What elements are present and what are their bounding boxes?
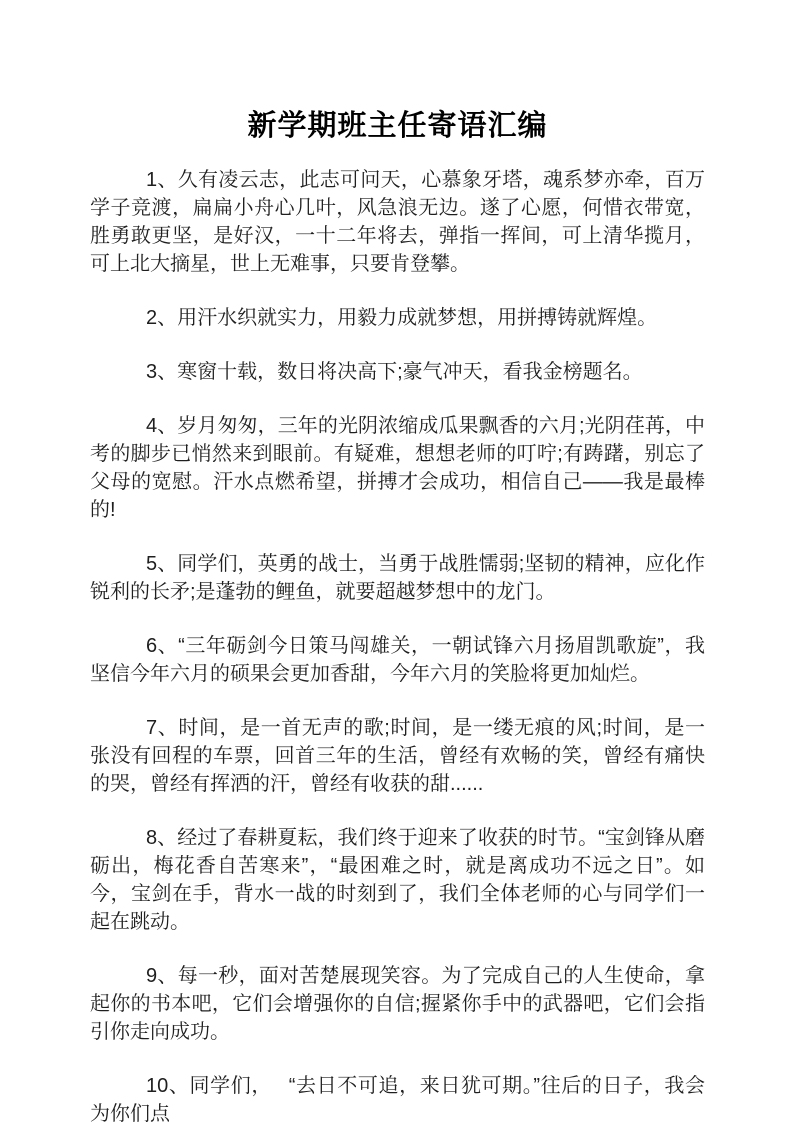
paragraph-1: 1、久有凌云志，此志可问天，心慕象牙塔，魂系梦亦牵，百万学子竞渡，扁扁小舟心几叶… (90, 166, 705, 278)
paragraph-10: 10、同学们， “去日不可追，来日犹可期。”往后的日子，我会为你们点 (90, 1072, 705, 1122)
document-title: 新学期班主任寄语汇编 (90, 108, 705, 144)
paragraph-7: 7、时间，是一首无声的歌;时间，是一缕无痕的风;时间，是一张没有回程的车票，回首… (90, 714, 705, 798)
paragraph-9: 9、每一秒，面对苦楚展现笑容。为了完成自己的人生使命，拿起你的书本吧，它们会增强… (90, 962, 705, 1046)
document-page: 新学期班主任寄语汇编 1、久有凌云志，此志可问天，心慕象牙塔，魂系梦亦牵，百万学… (0, 0, 793, 1122)
paragraph-4: 4、岁月匆匆，三年的光阴浓缩成瓜果飘香的六月;光阴荏苒，中考的脚步已悄然来到眼前… (90, 412, 705, 524)
paragraph-6: 6、“三年砺剑今日策马闯雄关，一朝试锋六月扬眉凯歌旋”，我坚信今年六月的硕果会更… (90, 632, 705, 688)
paragraph-2: 2、用汗水织就实力，用毅力成就梦想，用拼搏铸就辉煌。 (90, 304, 705, 332)
document-body: 1、久有凌云志，此志可问天，心慕象牙塔，魂系梦亦牵，百万学子竞渡，扁扁小舟心几叶… (90, 166, 705, 1122)
paragraph-8: 8、经过了春耕夏耘，我们终于迎来了收获的时节。“宝剑锋从磨砺出，梅花香自苦寒来”… (90, 824, 705, 936)
paragraph-5: 5、同学们，英勇的战士，当勇于战胜懦弱;坚韧的精神，应化作锐利的长矛;是蓬勃的鲤… (90, 550, 705, 606)
paragraph-3: 3、寒窗十载，数日将决高下;豪气冲天，看我金榜题名。 (90, 358, 705, 386)
